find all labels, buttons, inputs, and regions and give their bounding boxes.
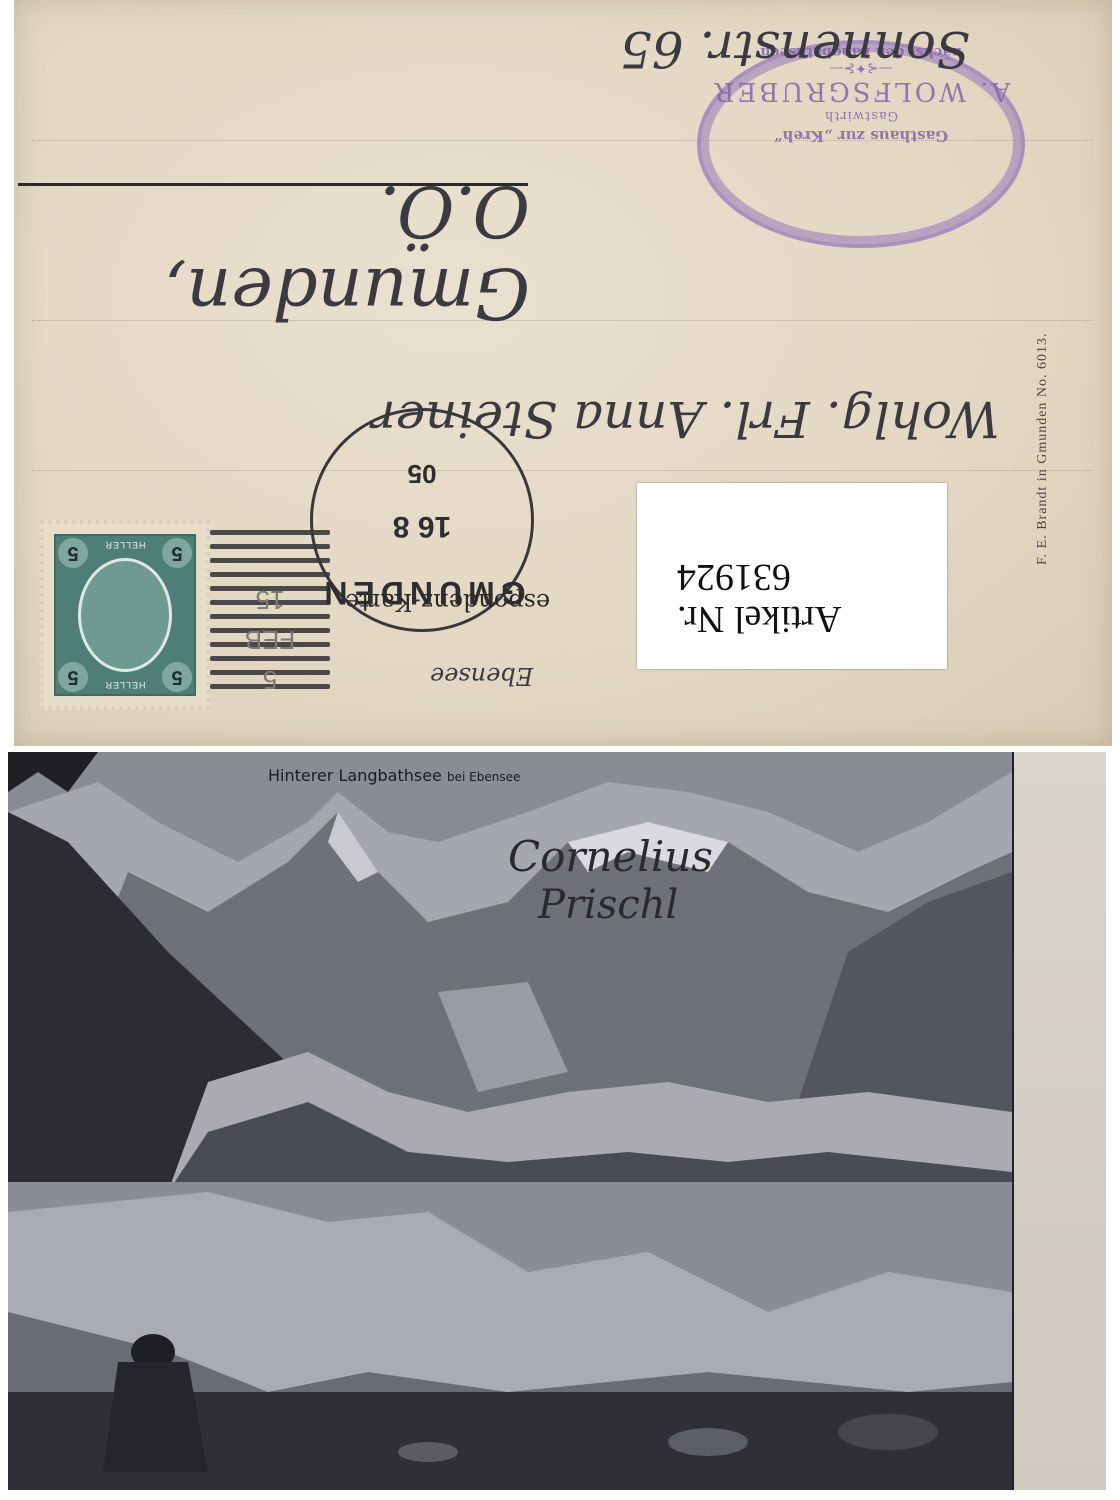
hotel-stamp-owner: A. WOLFSGRUBER (701, 76, 1021, 106)
handwritten-note: Ebensee (430, 662, 533, 690)
emperor-portrait (78, 558, 172, 672)
hotel-stamp-subtitle: Gastwirth (701, 108, 1021, 123)
article-number-label: Artikel Nr. 631924 (637, 483, 947, 669)
machine-cancel-date: 5 FEB 15 (240, 580, 300, 700)
handwritten-address-line2: Gmunden, O.Ö. (10, 170, 530, 334)
handwritten-address-line1: Sonnenstr. 65 (620, 20, 970, 78)
card-type-text: espondenz-Karte (345, 588, 550, 616)
publisher-imprint: F. E. Brandt in Gmunden No. 6013. (1035, 115, 1055, 565)
signature-last-name: Prischl (538, 882, 678, 928)
article-label-title: Artikel Nr. (677, 597, 842, 641)
postage-stamp: HELLER HELLER 5 5 5 5 (40, 520, 210, 710)
address-guide-line (32, 470, 1092, 471)
photo-handwritten-margin (1012, 752, 1106, 1490)
article-number: 631924 (677, 555, 791, 599)
signature-first-name: Cornelius (508, 832, 713, 881)
photo-title: Hinterer Langbathsee bei Ebensee (268, 766, 520, 785)
postcard-photo: Hinterer Langbathsee bei Ebensee Corneli… (8, 752, 1012, 1490)
hotel-stamp-name: Gasthaus zur „Kreh“ (701, 127, 1021, 145)
